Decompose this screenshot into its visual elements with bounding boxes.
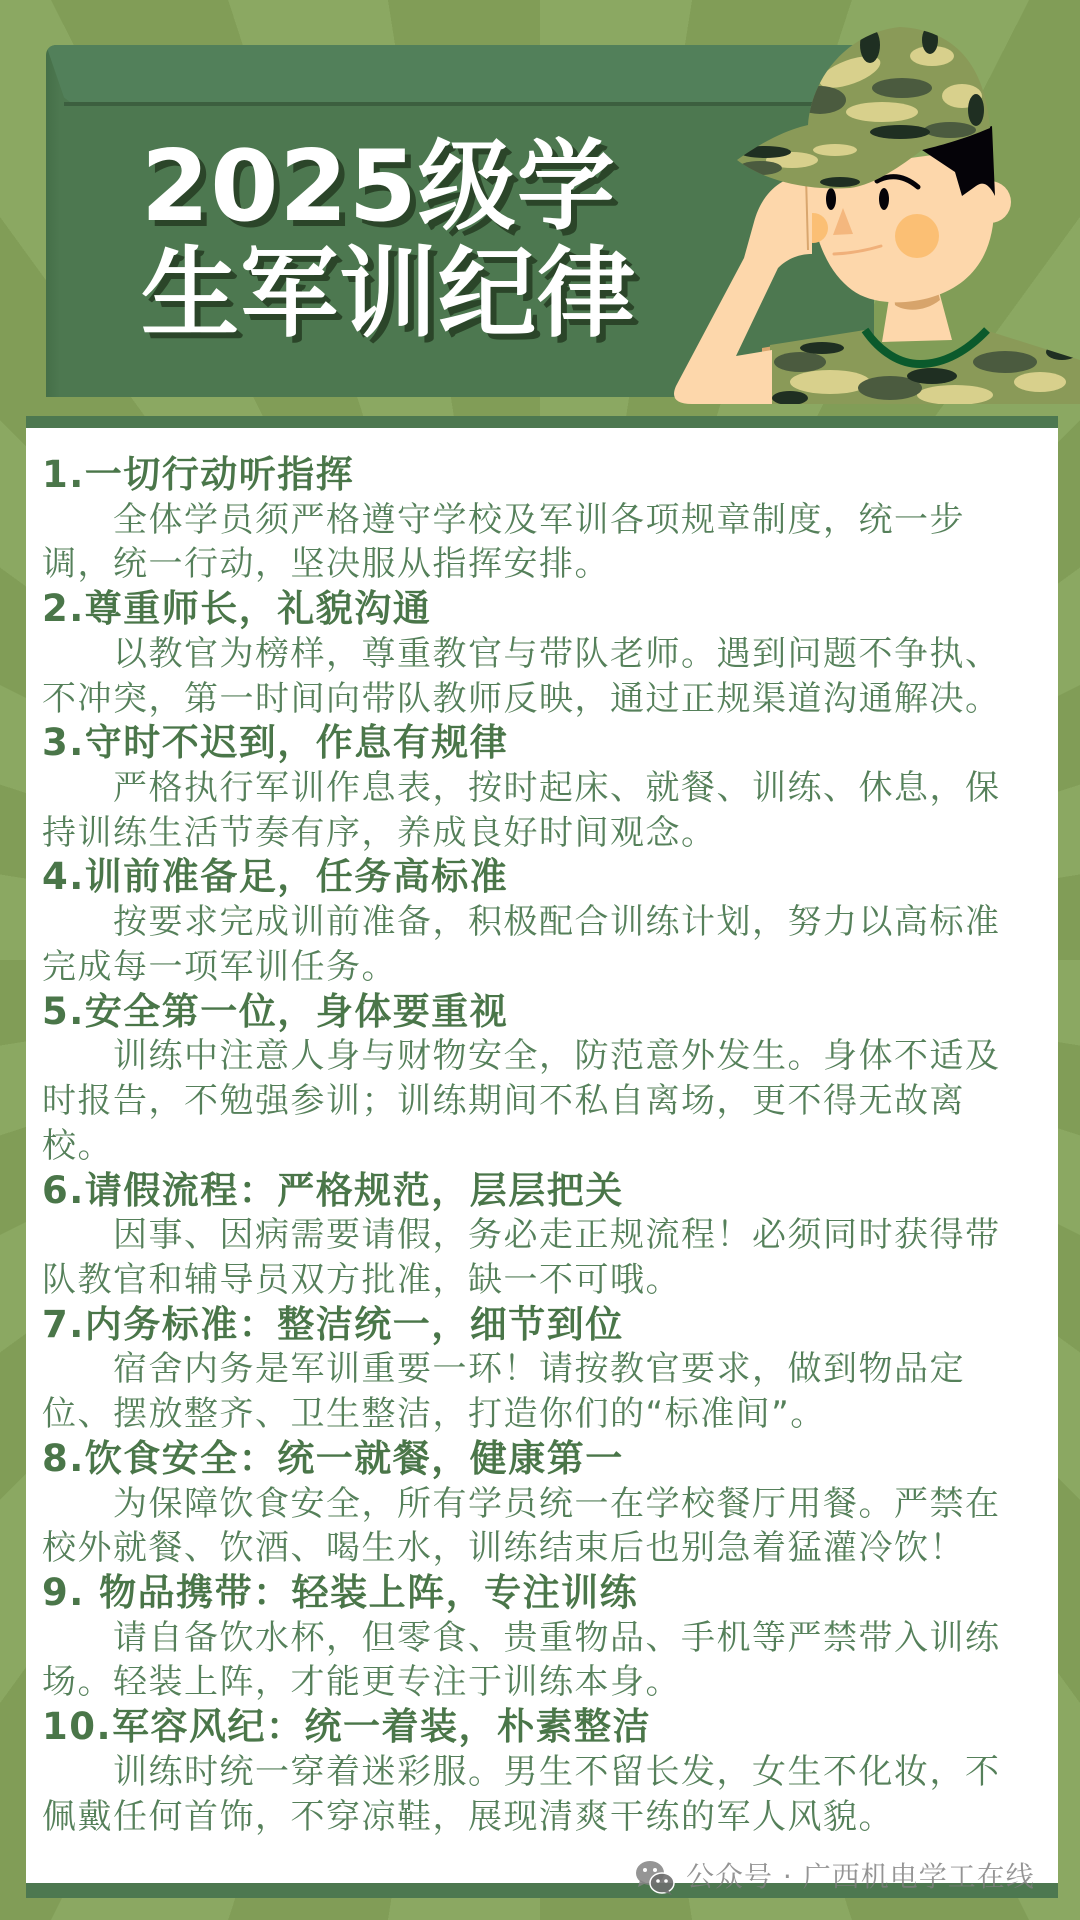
rule-3: 3.守时不迟到，作息有规律 严格执行军训作息表，按时起床、就餐、训练、休息，保 … <box>42 721 1042 855</box>
rule-text-line: 因事、因病需要请假，务必走正规流程！必须同时获得带 <box>42 1213 1042 1258</box>
rule-4: 4.训前准备足，任务高标准 按要求完成训前准备，积极配合训练计划，努力以高标准 … <box>42 855 1042 989</box>
rule-text-line: 校外就餐、饮酒、喝生水，训练结束后也别急着猛灌冷饮！ <box>42 1526 1042 1571</box>
rule-text-line: 调，统一行动，坚决服从指挥安排。 <box>42 542 1042 587</box>
rule-text-line: 训练中注意人身与财物安全，防范意外发生。身体不适及 <box>42 1034 1042 1079</box>
watermark-text: 公众号 · 广西机电学工在线 <box>686 1858 1035 1896</box>
rule-heading: 5.安全第一位，身体要重视 <box>42 990 1042 1035</box>
rule-heading: 2.尊重师长，礼貌沟通 <box>42 587 1042 632</box>
card-top-band <box>26 416 1058 428</box>
rule-heading: 3.守时不迟到，作息有规律 <box>42 721 1042 766</box>
rule-text-line: 持训练生活节奏有序，养成良好时间观念。 <box>42 811 1042 856</box>
rule-text-line: 校。 <box>42 1124 1042 1169</box>
rule-text-line: 时报告，不勉强参训；训练期间不私自离场，更不得无故离 <box>42 1079 1042 1124</box>
rule-text-line: 以教官为榜样，尊重教官与带队老师。遇到问题不争执、 <box>42 632 1042 677</box>
left-eye <box>826 188 836 210</box>
rule-text-line: 全体学员须严格遵守学校及军训各项规章制度，统一步 <box>42 498 1042 543</box>
rule-text-line: 请自备饮水杯，但零食、贵重物品、手机等严禁带入训练 <box>42 1616 1042 1661</box>
saluting-soldier-illustration <box>0 0 1080 420</box>
rule-heading: 7.内务标准：整洁统一，细节到位 <box>42 1303 1042 1348</box>
right-eye <box>879 188 889 210</box>
rule-7: 7.内务标准：整洁统一，细节到位 宿舍内务是军训重要一环！请按教官要求，做到物品… <box>42 1303 1042 1437</box>
rule-text-line: 佩戴任何首饰，不穿凉鞋，展现清爽干练的军人风貌。 <box>42 1795 1042 1840</box>
rule-text-line: 为保障饮食安全，所有学员统一在学校餐厅用餐。严禁在 <box>42 1482 1042 1527</box>
rule-2: 2.尊重师长，礼貌沟通 以教官为榜样，尊重教官与带队老师。遇到问题不争执、 不冲… <box>42 587 1042 721</box>
rule-heading: 1.一切行动听指挥 <box>42 453 1042 498</box>
rule-text-line: 不冲突，第一时间向带队教师反映，通过正规渠道沟通解决。 <box>42 677 1042 722</box>
wechat-icon <box>635 1860 675 1896</box>
rule-10: 10.军容风纪：统一着装，朴素整洁 训练时统一穿着迷彩服。男生不留长发，女生不化… <box>42 1705 1042 1839</box>
rule-9: 9. 物品携带：轻装上阵，专注训练 请自备饮水杯，但零食、贵重物品、手机等严禁带… <box>42 1571 1042 1705</box>
rule-heading: 10.军容风纪：统一着装，朴素整洁 <box>42 1705 1042 1750</box>
rule-text-line: 按要求完成训前准备，积极配合训练计划，努力以高标准 <box>42 900 1042 945</box>
rule-8: 8.饮食安全：统一就餐，健康第一 为保障饮食安全，所有学员统一在学校餐厅用餐。严… <box>42 1437 1042 1571</box>
rule-text-line: 位、摆放整齐、卫生整洁，打造你们的“标准间”。 <box>42 1392 1042 1437</box>
rules-list: 1.一切行动听指挥 全体学员须严格遵守学校及军训各项规章制度，统一步 调，统一行… <box>42 453 1042 1839</box>
rule-heading: 9. 物品携带：轻装上阵，专注训练 <box>42 1571 1042 1616</box>
rule-text-line: 宿舍内务是军训重要一环！请按教官要求，做到物品定 <box>42 1347 1042 1392</box>
rule-text-line: 训练时统一穿着迷彩服。男生不留长发，女生不化妆，不 <box>42 1750 1042 1795</box>
rule-text-line: 完成每一项军训任务。 <box>42 945 1042 990</box>
right-cheek <box>895 214 939 258</box>
rule-text-line: 严格执行军训作息表，按时起床、就餐、训练、休息，保 <box>42 766 1042 811</box>
rule-5: 5.安全第一位，身体要重视 训练中注意人身与财物安全，防范意外发生。身体不适及 … <box>42 990 1042 1169</box>
rule-heading: 6.请假流程：严格规范，层层把关 <box>42 1169 1042 1214</box>
rule-6: 6.请假流程：严格规范，层层把关 因事、因病需要请假，务必走正规流程！必须同时获… <box>42 1169 1042 1303</box>
rule-text-line: 队教官和辅导员双方批准，缺一不可哦。 <box>42 1258 1042 1303</box>
rule-heading: 4.训前准备足，任务高标准 <box>42 855 1042 900</box>
rule-text-line: 场。轻装上阵，才能更专注于训练本身。 <box>42 1660 1042 1705</box>
rule-1: 1.一切行动听指挥 全体学员须严格遵守学校及军训各项规章制度，统一步 调，统一行… <box>42 453 1042 587</box>
rule-heading: 8.饮食安全：统一就餐，健康第一 <box>42 1437 1042 1482</box>
